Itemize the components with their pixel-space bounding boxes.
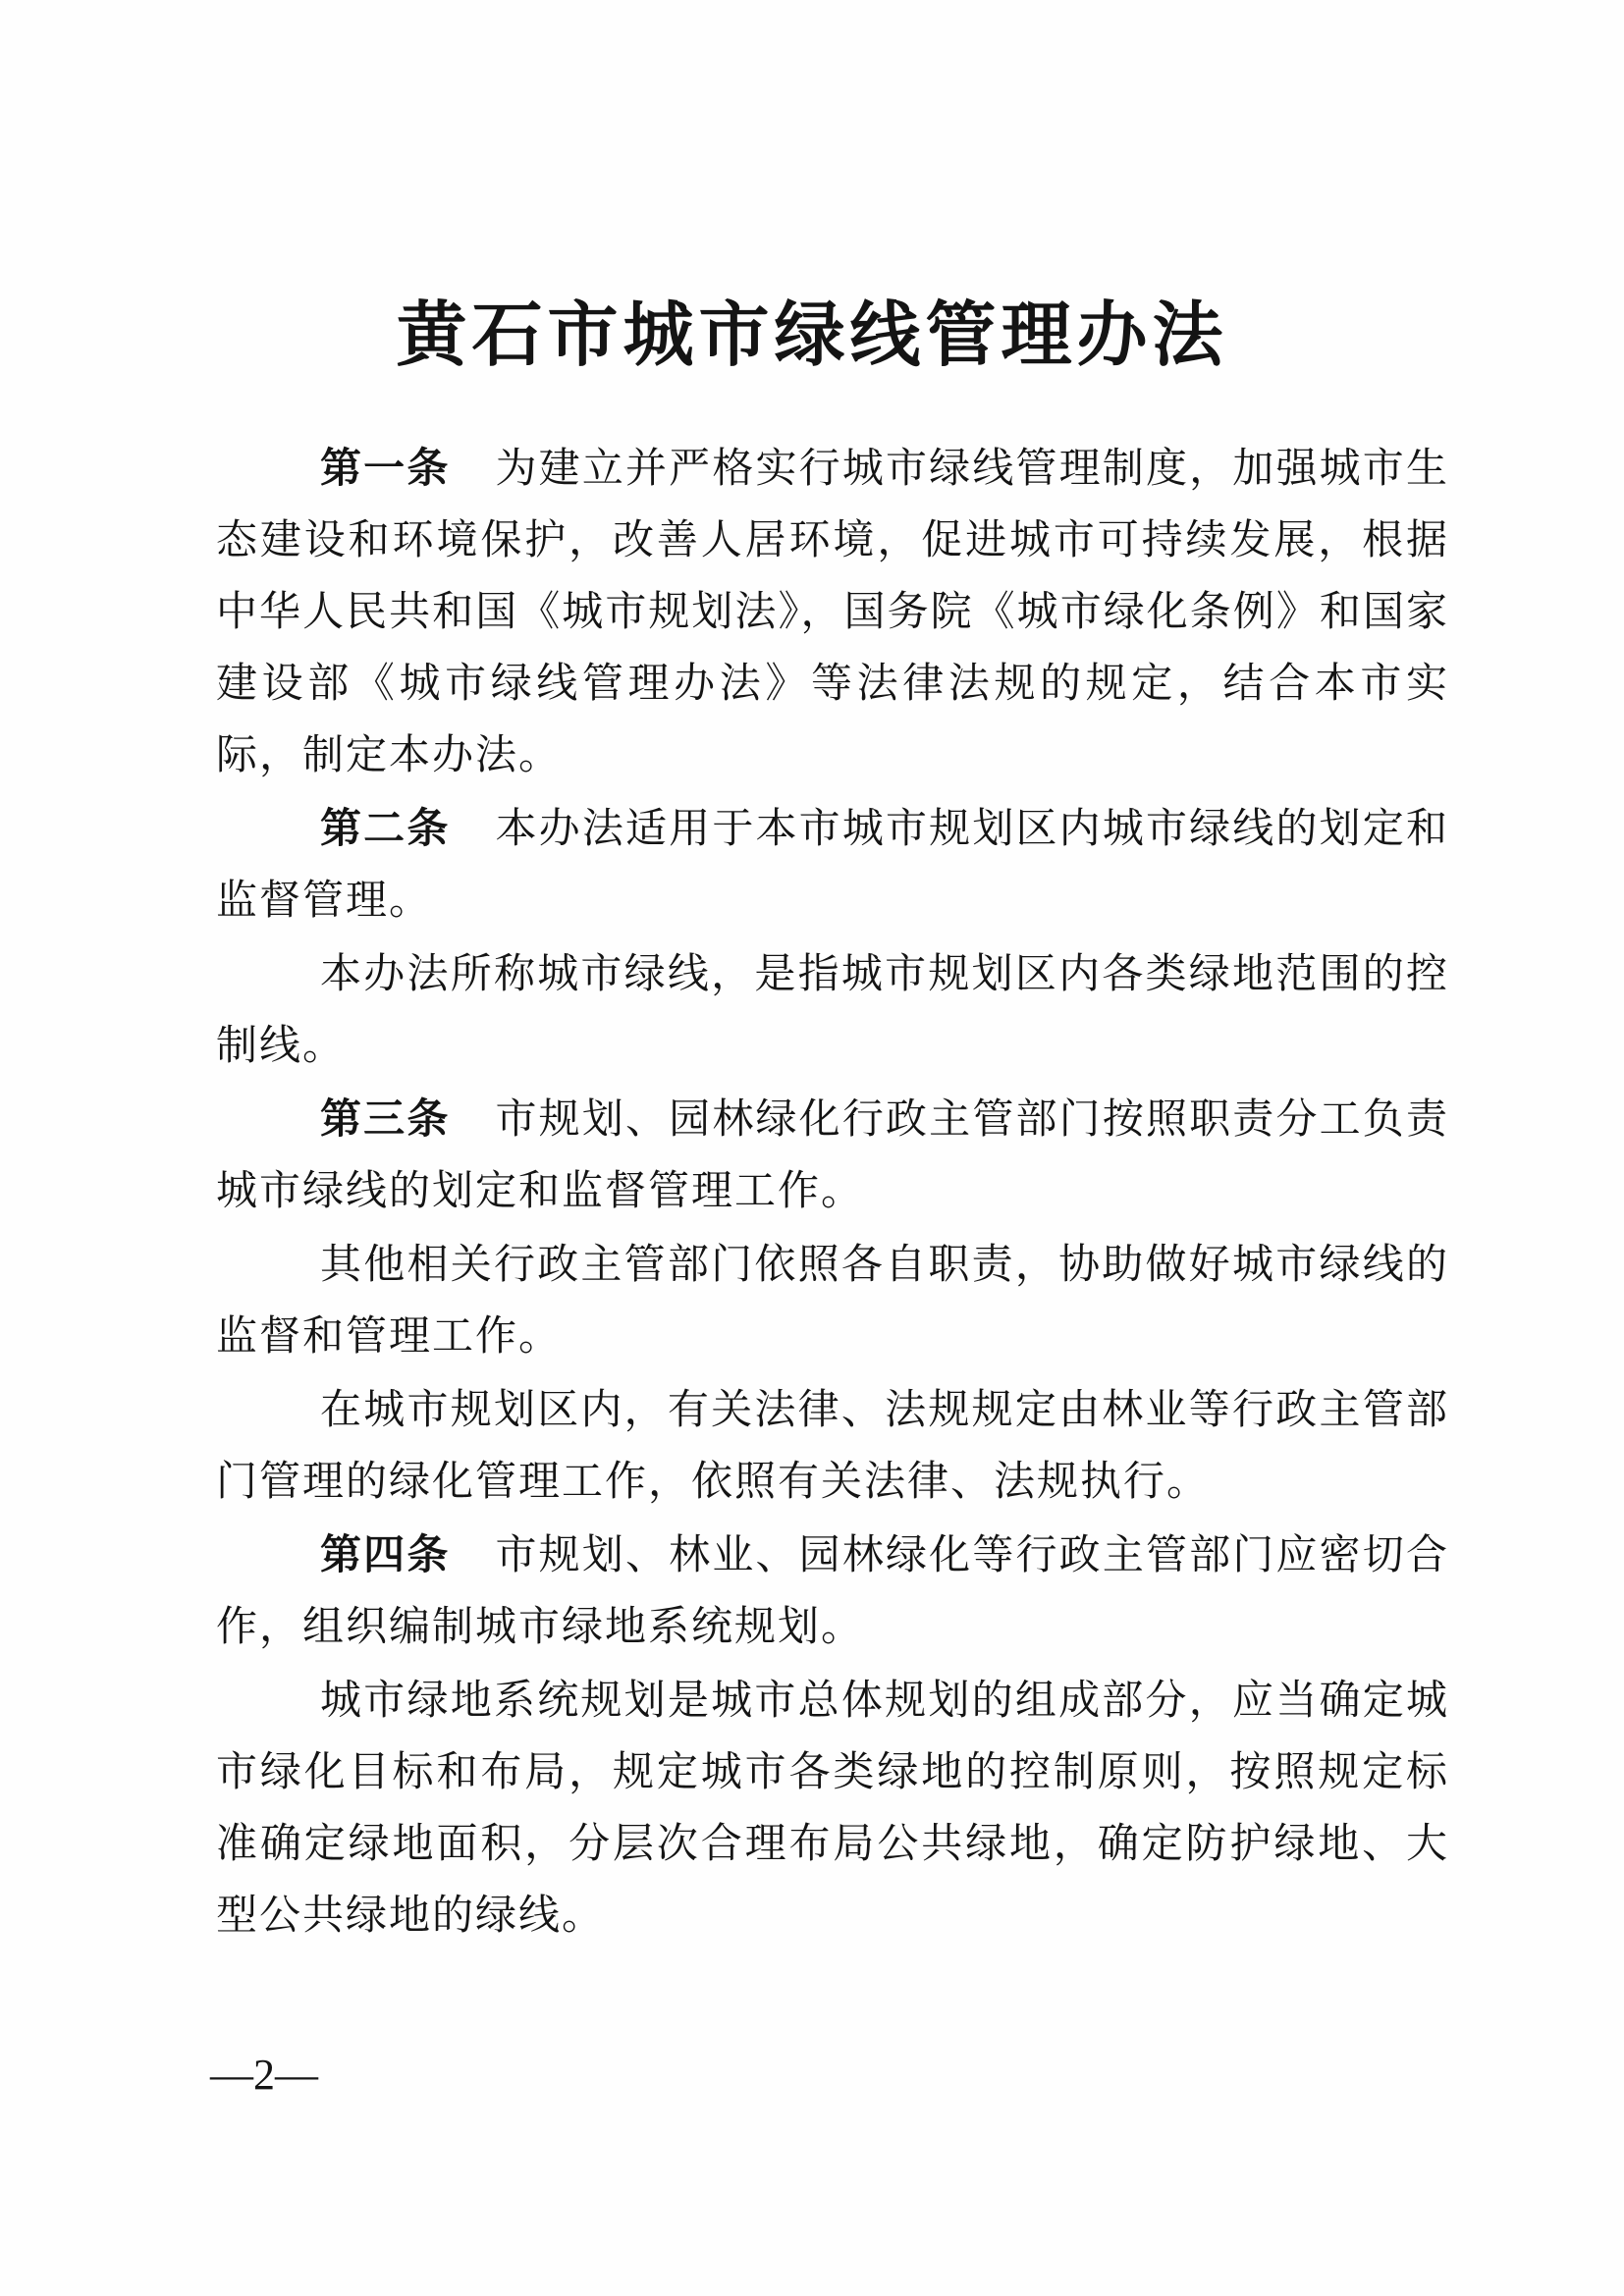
paragraph-article-2-cont: 本办法所称城市绿线，是指城市规划区内各类绿地范围的控制线。 bbox=[216, 937, 1449, 1083]
article-number-label: 第四条 bbox=[320, 1531, 451, 1577]
paragraph-text: 为建立并严格实行城市绿线管理制度，加强城市生态建设和环境保护，改善人居环境，促进… bbox=[216, 447, 1449, 778]
paragraph-article-3-cont-1: 其他相关行政主管部门依照各自职责，协助做好城市绿线的监督和管理工作。 bbox=[216, 1228, 1449, 1373]
article-number-label: 第二条 bbox=[320, 805, 451, 851]
paragraph-article-4-cont: 城市绿地系统规划是城市总体规划的组成部分，应当确定城市绿化目标和布局，规定城市各… bbox=[216, 1664, 1449, 1952]
paragraph-article-1: 第一条为建立并严格实行城市绿线管理制度，加强城市生态建设和环境保护，改善人居环境… bbox=[216, 432, 1449, 792]
paragraph-text: 其他相关行政主管部门依照各自职责，协助做好城市绿线的监督和管理工作。 bbox=[216, 1243, 1449, 1360]
article-number-label: 第一条 bbox=[320, 445, 451, 491]
document-page: 黄石市城市绿线管理办法 第一条为建立并严格实行城市绿线管理制度，加强城市生态建设… bbox=[0, 0, 1624, 2296]
paragraph-text: 在城市规划区内，有关法律、法规规定由林业等行政主管部门管理的绿化管理工作，依照有… bbox=[216, 1388, 1449, 1505]
document-title: 黄石市城市绿线管理办法 bbox=[0, 278, 1624, 380]
document-body: 第一条为建立并严格实行城市绿线管理制度，加强城市生态建设和环境保护，改善人居环境… bbox=[216, 432, 1449, 1952]
paragraph-article-3: 第三条市规划、园林绿化行政主管部门按照职责分工负责城市绿线的划定和监督管理工作。 bbox=[216, 1083, 1449, 1228]
paragraph-text: 本办法所称城市绿线，是指城市规划区内各类绿地范围的控制线。 bbox=[216, 952, 1449, 1069]
paragraph-article-4: 第四条市规划、林业、园林绿化等行政主管部门应密切合作，组织编制城市绿地系统规划。 bbox=[216, 1519, 1449, 1664]
paragraph-article-2: 第二条本办法适用于本市城市规划区内城市绿线的划定和监督管理。 bbox=[216, 792, 1449, 937]
paragraph-article-3-cont-2: 在城市规划区内，有关法律、法规规定由林业等行政主管部门管理的绿化管理工作，依照有… bbox=[216, 1373, 1449, 1519]
page-number: —2— bbox=[210, 2050, 318, 2100]
article-number-label: 第三条 bbox=[320, 1095, 451, 1142]
paragraph-text: 城市绿地系统规划是城市总体规划的组成部分，应当确定城市绿化目标和布局，规定城市各… bbox=[216, 1679, 1449, 1939]
